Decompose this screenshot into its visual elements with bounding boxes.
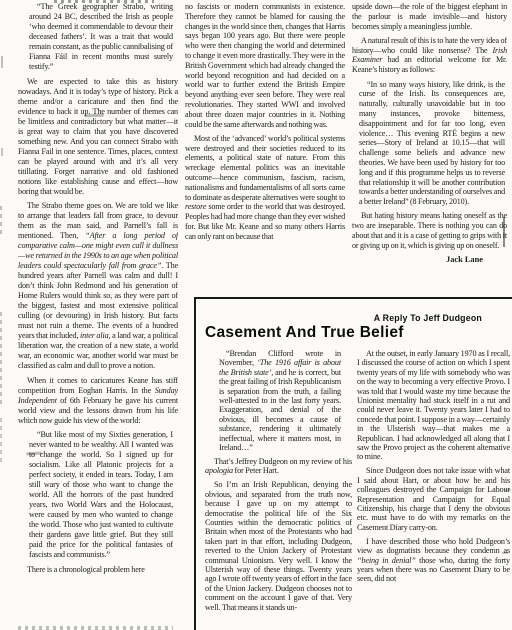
- block-quote: “Brendan Clifford wrote in November, ‘Th…: [205, 349, 352, 452]
- casement-article-column-1: “Brendan Clifford wrote in November, ‘Th…: [205, 349, 352, 612]
- scan-artifact: [0, 206, 2, 238]
- scanned-journal-page: “The Greek geographer Strabo, writing ar…: [0, 0, 512, 630]
- block-quote: “In so many ways history, like drink, is…: [352, 80, 507, 207]
- casement-article-box: A Reply To Jeff Dudgeon Casement And Tru…: [194, 297, 512, 630]
- paragraph: So I’m an Irish Republican, denying the …: [205, 480, 352, 612]
- casement-article-columns: “Brendan Clifford wrote in November, ‘Th…: [196, 342, 512, 612]
- article-title: Casement And True Belief: [196, 323, 512, 342]
- paragraph: The Strabo theme goes on. We are told we…: [18, 201, 178, 371]
- scan-artifact: [0, 312, 2, 404]
- block-quote: “The Greek geographer Strabo, writing ar…: [18, 2, 178, 72]
- paragraph: no fascists or modern communists in exis…: [185, 2, 345, 129]
- casement-article-column-2: At the outset, in early January 1970 as …: [357, 349, 510, 612]
- scan-artifact: [1, 56, 3, 68]
- paragraph: We are expected to take this as history …: [18, 77, 178, 197]
- paragraph: That’s Jeffrey Dudgeon on my review of h…: [205, 457, 352, 476]
- block-quote: “But like most of my Sixties generation,…: [18, 430, 178, 560]
- paragraph: But hating history means hating oneself …: [352, 211, 507, 250]
- paragraph: Most of the ‘advanced’ world’s political…: [185, 134, 345, 242]
- author-signature: Jack Lane: [352, 255, 507, 265]
- paragraph: When it comes to caricatures Keane has s…: [18, 376, 178, 426]
- paragraph: A natural result of this is to hate the …: [352, 36, 507, 75]
- scan-artifact: [1, 148, 3, 156]
- keane-article-column-1: “The Greek geographer Strabo, writing ar…: [18, 2, 178, 629]
- article-kicker: A Reply To Jeff Dudgeon: [196, 299, 512, 323]
- paragraph: I have described those who hold Dudgeon’…: [357, 537, 510, 584]
- paragraph: At the outset, in early January 1970 as …: [357, 349, 510, 462]
- paragraph: upside down—the role of the biggest elep…: [352, 2, 507, 31]
- paragraph: Since Dudgeon does not take issue with w…: [357, 466, 510, 532]
- paragraph: There is a chronological problem here: [18, 565, 178, 575]
- scan-artifact: [0, 418, 2, 464]
- column-paragraphs: upside down—the role of the biggest elep…: [352, 2, 507, 251]
- keane-article-column-3: upside down—the role of the biggest elep…: [352, 2, 507, 295]
- keane-article-column-2: no fascists or modern communists in exis…: [185, 2, 345, 294]
